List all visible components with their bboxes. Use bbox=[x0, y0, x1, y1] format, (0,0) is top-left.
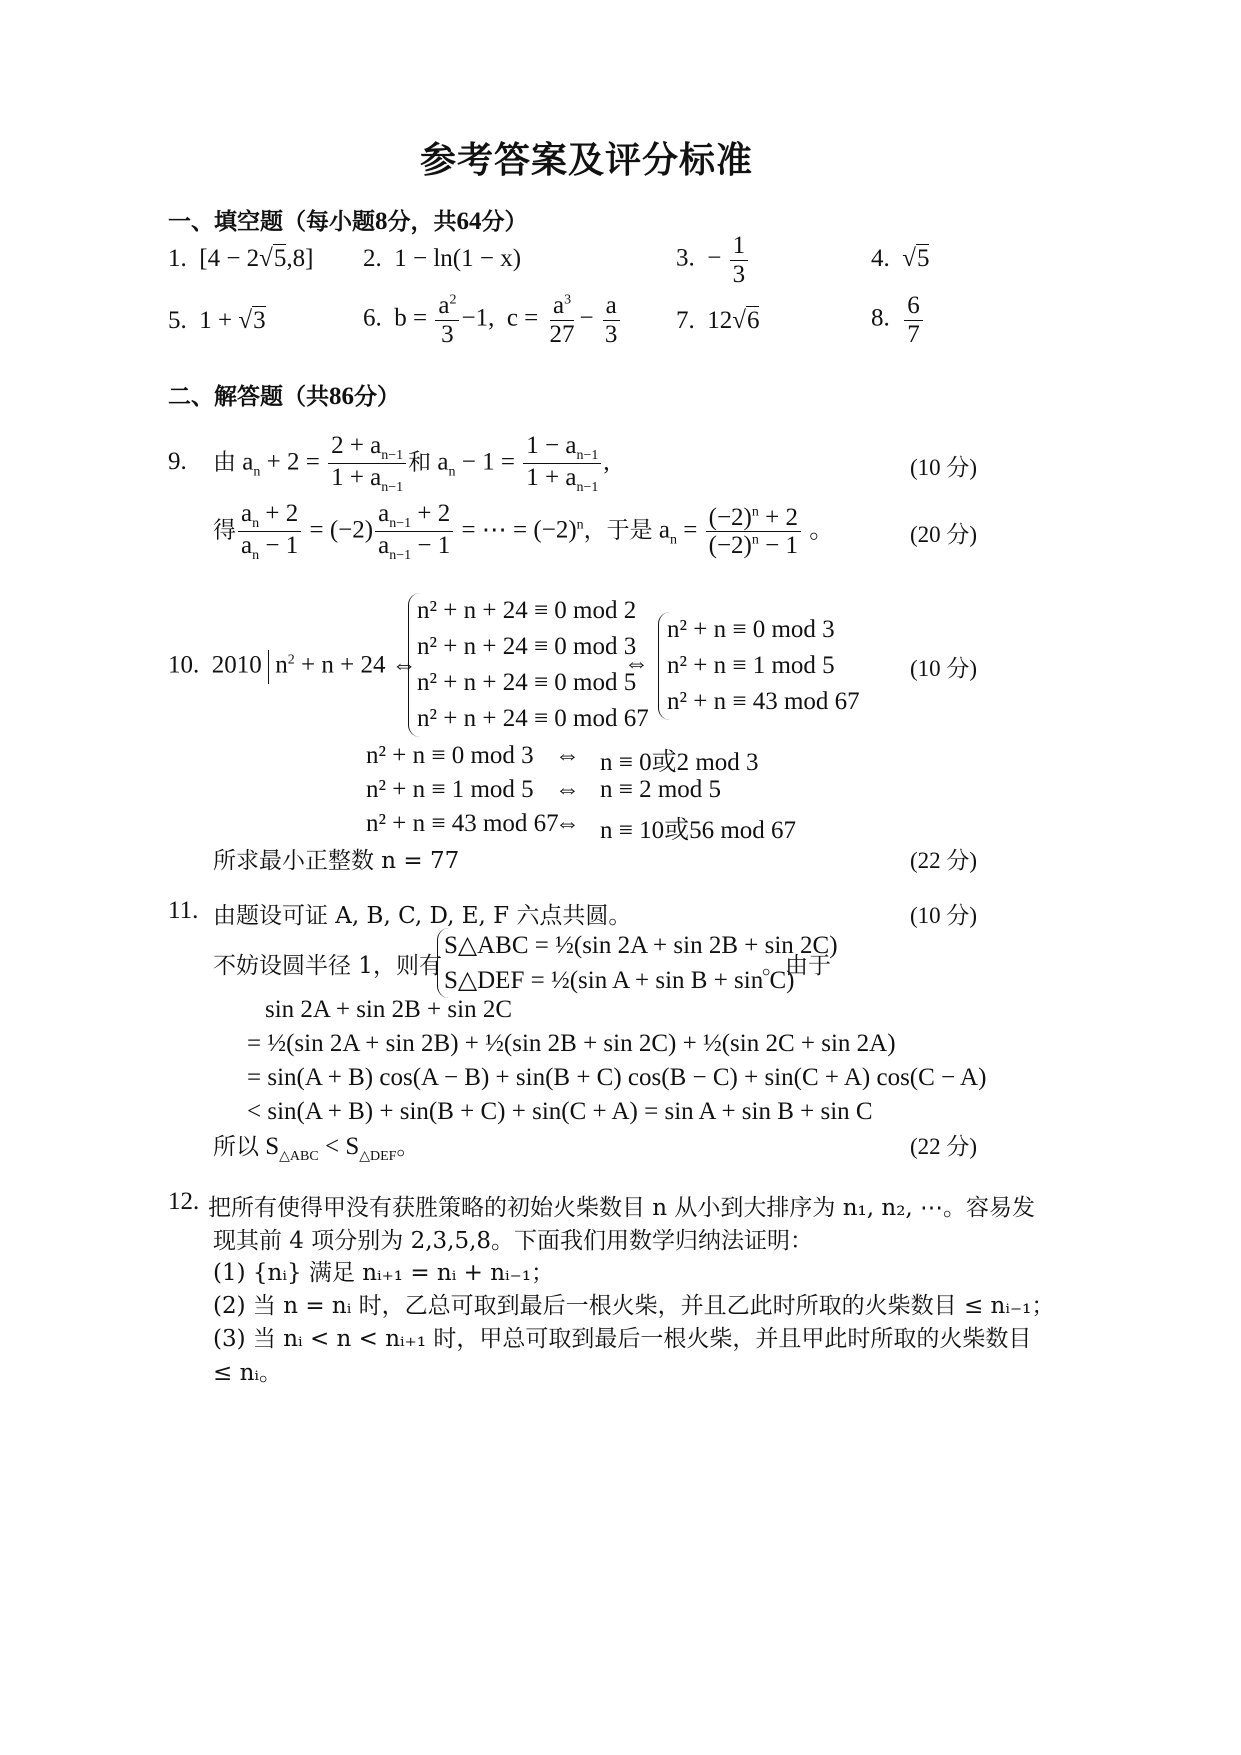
text: 和 bbox=[408, 450, 431, 475]
q11-line2-post: 。由于 bbox=[762, 947, 831, 980]
answer-8: 8. 67 bbox=[871, 292, 925, 348]
q11-conclusion: 所以 S△ABC < S△DEF。 bbox=[213, 1128, 419, 1165]
q11-line1: 由题设可证 A, B, C, D, E, F 六点共圆。 bbox=[213, 897, 631, 930]
equiv-arrow: ⇔ bbox=[555, 810, 580, 838]
q12-item-3: (3) 当 nᵢ < n < nᵢ₊₁ 时，甲总可取到最后一根火柴，并且甲此时所… bbox=[213, 1320, 1031, 1353]
q10-equiv-row-1-right: n ≡ 0或2 mod 3 bbox=[600, 742, 759, 778]
q10-system-1: n² + n + 24 ≡ 0 mod 2 n² + n + 24 ≡ 0 mo… bbox=[408, 593, 649, 737]
text: 由 bbox=[213, 450, 236, 475]
q10-equiv-row-2-right: n ≡ 2 mod 5 bbox=[600, 776, 721, 804]
congruence: n² + n + 24 ≡ 0 mod 3 bbox=[417, 629, 649, 665]
q11-line2-pre: 不妨设圆半径 1，则有 bbox=[213, 947, 442, 980]
heading-text: 二、解答题（共 bbox=[168, 383, 329, 410]
answer-number: 5. bbox=[168, 307, 187, 334]
q11-step-1: sin 2A + sin 2B + sin 2C bbox=[265, 996, 512, 1024]
congruence: n² + n ≡ 43 mod 67 bbox=[667, 684, 860, 720]
q10-system-2: n² + n ≡ 0 mod 3 n² + n ≡ 1 mod 5 n² + n… bbox=[658, 612, 860, 720]
congruence: n² + n + 24 ≡ 0 mod 2 bbox=[417, 593, 649, 629]
text: 所以 bbox=[213, 1134, 259, 1159]
heading-text: 分，共 bbox=[388, 208, 457, 235]
congruence: n² + n ≡ 1 mod 5 bbox=[667, 648, 860, 684]
q11-score-2: (22 分) bbox=[910, 1128, 977, 1161]
equiv-arrow: ⇔ bbox=[555, 742, 580, 770]
heading-text: 分） bbox=[354, 383, 400, 410]
section-heading-fill-blank: 一、填空题（每小题8分，共64分） bbox=[168, 203, 528, 236]
text: 。 bbox=[396, 1134, 419, 1159]
answer-2: 2. 1 − ln(1 − x) bbox=[363, 245, 521, 273]
q9-line2: 得an + 2an − 1 = (−2)an−1 + 2an−1 − 1 = ⋯… bbox=[213, 500, 834, 564]
heading-text: 分） bbox=[482, 208, 528, 235]
q10-equiv-row-1-left: n² + n ≡ 0 mod 3 bbox=[366, 742, 534, 770]
q11-step-3: = sin(A + B) cos(A − B) + sin(B + C) cos… bbox=[247, 1064, 986, 1092]
q12-item-1: (1) {nᵢ} 满足 nᵢ₊₁ = nᵢ + nᵢ₋₁； bbox=[213, 1254, 554, 1287]
heading-total: 64 bbox=[457, 208, 482, 235]
q10-conclusion: 所求最小正整数 n = 77 bbox=[213, 842, 459, 875]
answer-5: 5. 1 + √3 bbox=[168, 307, 266, 335]
congruence: n² + n + 24 ≡ 0 mod 67 bbox=[417, 701, 649, 737]
q12-item-3-cont: ≤ nᵢ。 bbox=[213, 1354, 282, 1387]
heading-total: 86 bbox=[329, 383, 354, 410]
answer-6: 6. b = a23−1, c = a327− a3 bbox=[363, 292, 622, 348]
q9-score-2: (20 分) bbox=[910, 516, 977, 549]
heading-points: 8 bbox=[375, 208, 388, 235]
text: 得 bbox=[213, 518, 236, 543]
answer-4: 4. √5 bbox=[871, 245, 929, 273]
q10-equiv-row-2-left: n² + n ≡ 1 mod 5 bbox=[366, 776, 534, 804]
equiv-arrow: ⇔ bbox=[624, 650, 649, 678]
q11-step-2: = ½(sin 2A + sin 2B) + ½(sin 2B + sin 2C… bbox=[247, 1030, 896, 1058]
q11-number: 11. bbox=[168, 897, 198, 925]
answer-number: 6. bbox=[363, 305, 382, 332]
q10-equiv-row-3-left: n² + n ≡ 43 mod 67 bbox=[366, 810, 559, 838]
q11-score-1: (10 分) bbox=[910, 897, 977, 930]
q12-item-2: (2) 当 n = nᵢ 时，乙总可取到最后一根火柴，并且乙此时所取的火柴数目 … bbox=[213, 1287, 1054, 1320]
answer-number: 7. bbox=[676, 307, 695, 334]
answer-number: 3. bbox=[676, 245, 695, 272]
q12-line2: 现其前 4 项分别为 2,3,5,8。下面我们用数学归纳法证明： bbox=[213, 1222, 813, 1255]
text: ，于是 bbox=[584, 518, 653, 543]
answer-number: 4. bbox=[871, 245, 890, 272]
q10-line1: 10. 2010n2 + n + 24 ⇔ bbox=[168, 650, 417, 684]
q11-step-4: < sin(A + B) + sin(B + C) + sin(C + A) =… bbox=[247, 1098, 873, 1126]
q12-line1: 把所有使得甲没有获胜策略的初始火柴数目 n 从小到大排序为 n₁, n₂, ⋯。… bbox=[208, 1189, 1035, 1222]
answer-number: 2. bbox=[363, 245, 382, 272]
congruence: n² + n ≡ 0 mod 3 bbox=[667, 612, 860, 648]
answer-number: 8. bbox=[871, 305, 890, 332]
answer-3: 3. − 13 bbox=[676, 232, 750, 288]
q10-score-2: (22 分) bbox=[910, 842, 977, 875]
equiv-arrow: ⇔ bbox=[555, 776, 580, 804]
heading-text: 一、填空题（每小题 bbox=[168, 208, 375, 235]
answer-1: 1. [4 − 2√5,8] bbox=[168, 245, 313, 273]
section-heading-solutions: 二、解答题（共86分） bbox=[168, 378, 400, 411]
q9-line1: 由 an + 2 = 2 + an−11 + an−1和 an − 1 = 1 … bbox=[213, 432, 610, 496]
answer-7: 7. 12√6 bbox=[676, 307, 759, 335]
q9-number: 9. bbox=[168, 448, 187, 476]
q12-number: 12. bbox=[168, 1188, 199, 1216]
page-title: 参考答案及评分标准 bbox=[420, 132, 753, 183]
q10-number: 10. bbox=[168, 652, 199, 679]
q10-equiv-row-3-right: n ≡ 10或56 mod 67 bbox=[600, 810, 796, 846]
q10-score-1: (10 分) bbox=[910, 650, 977, 683]
congruence: n² + n + 24 ≡ 0 mod 5 bbox=[417, 665, 649, 701]
answer-number: 1. bbox=[168, 245, 187, 272]
q9-score-1: (10 分) bbox=[910, 449, 977, 482]
